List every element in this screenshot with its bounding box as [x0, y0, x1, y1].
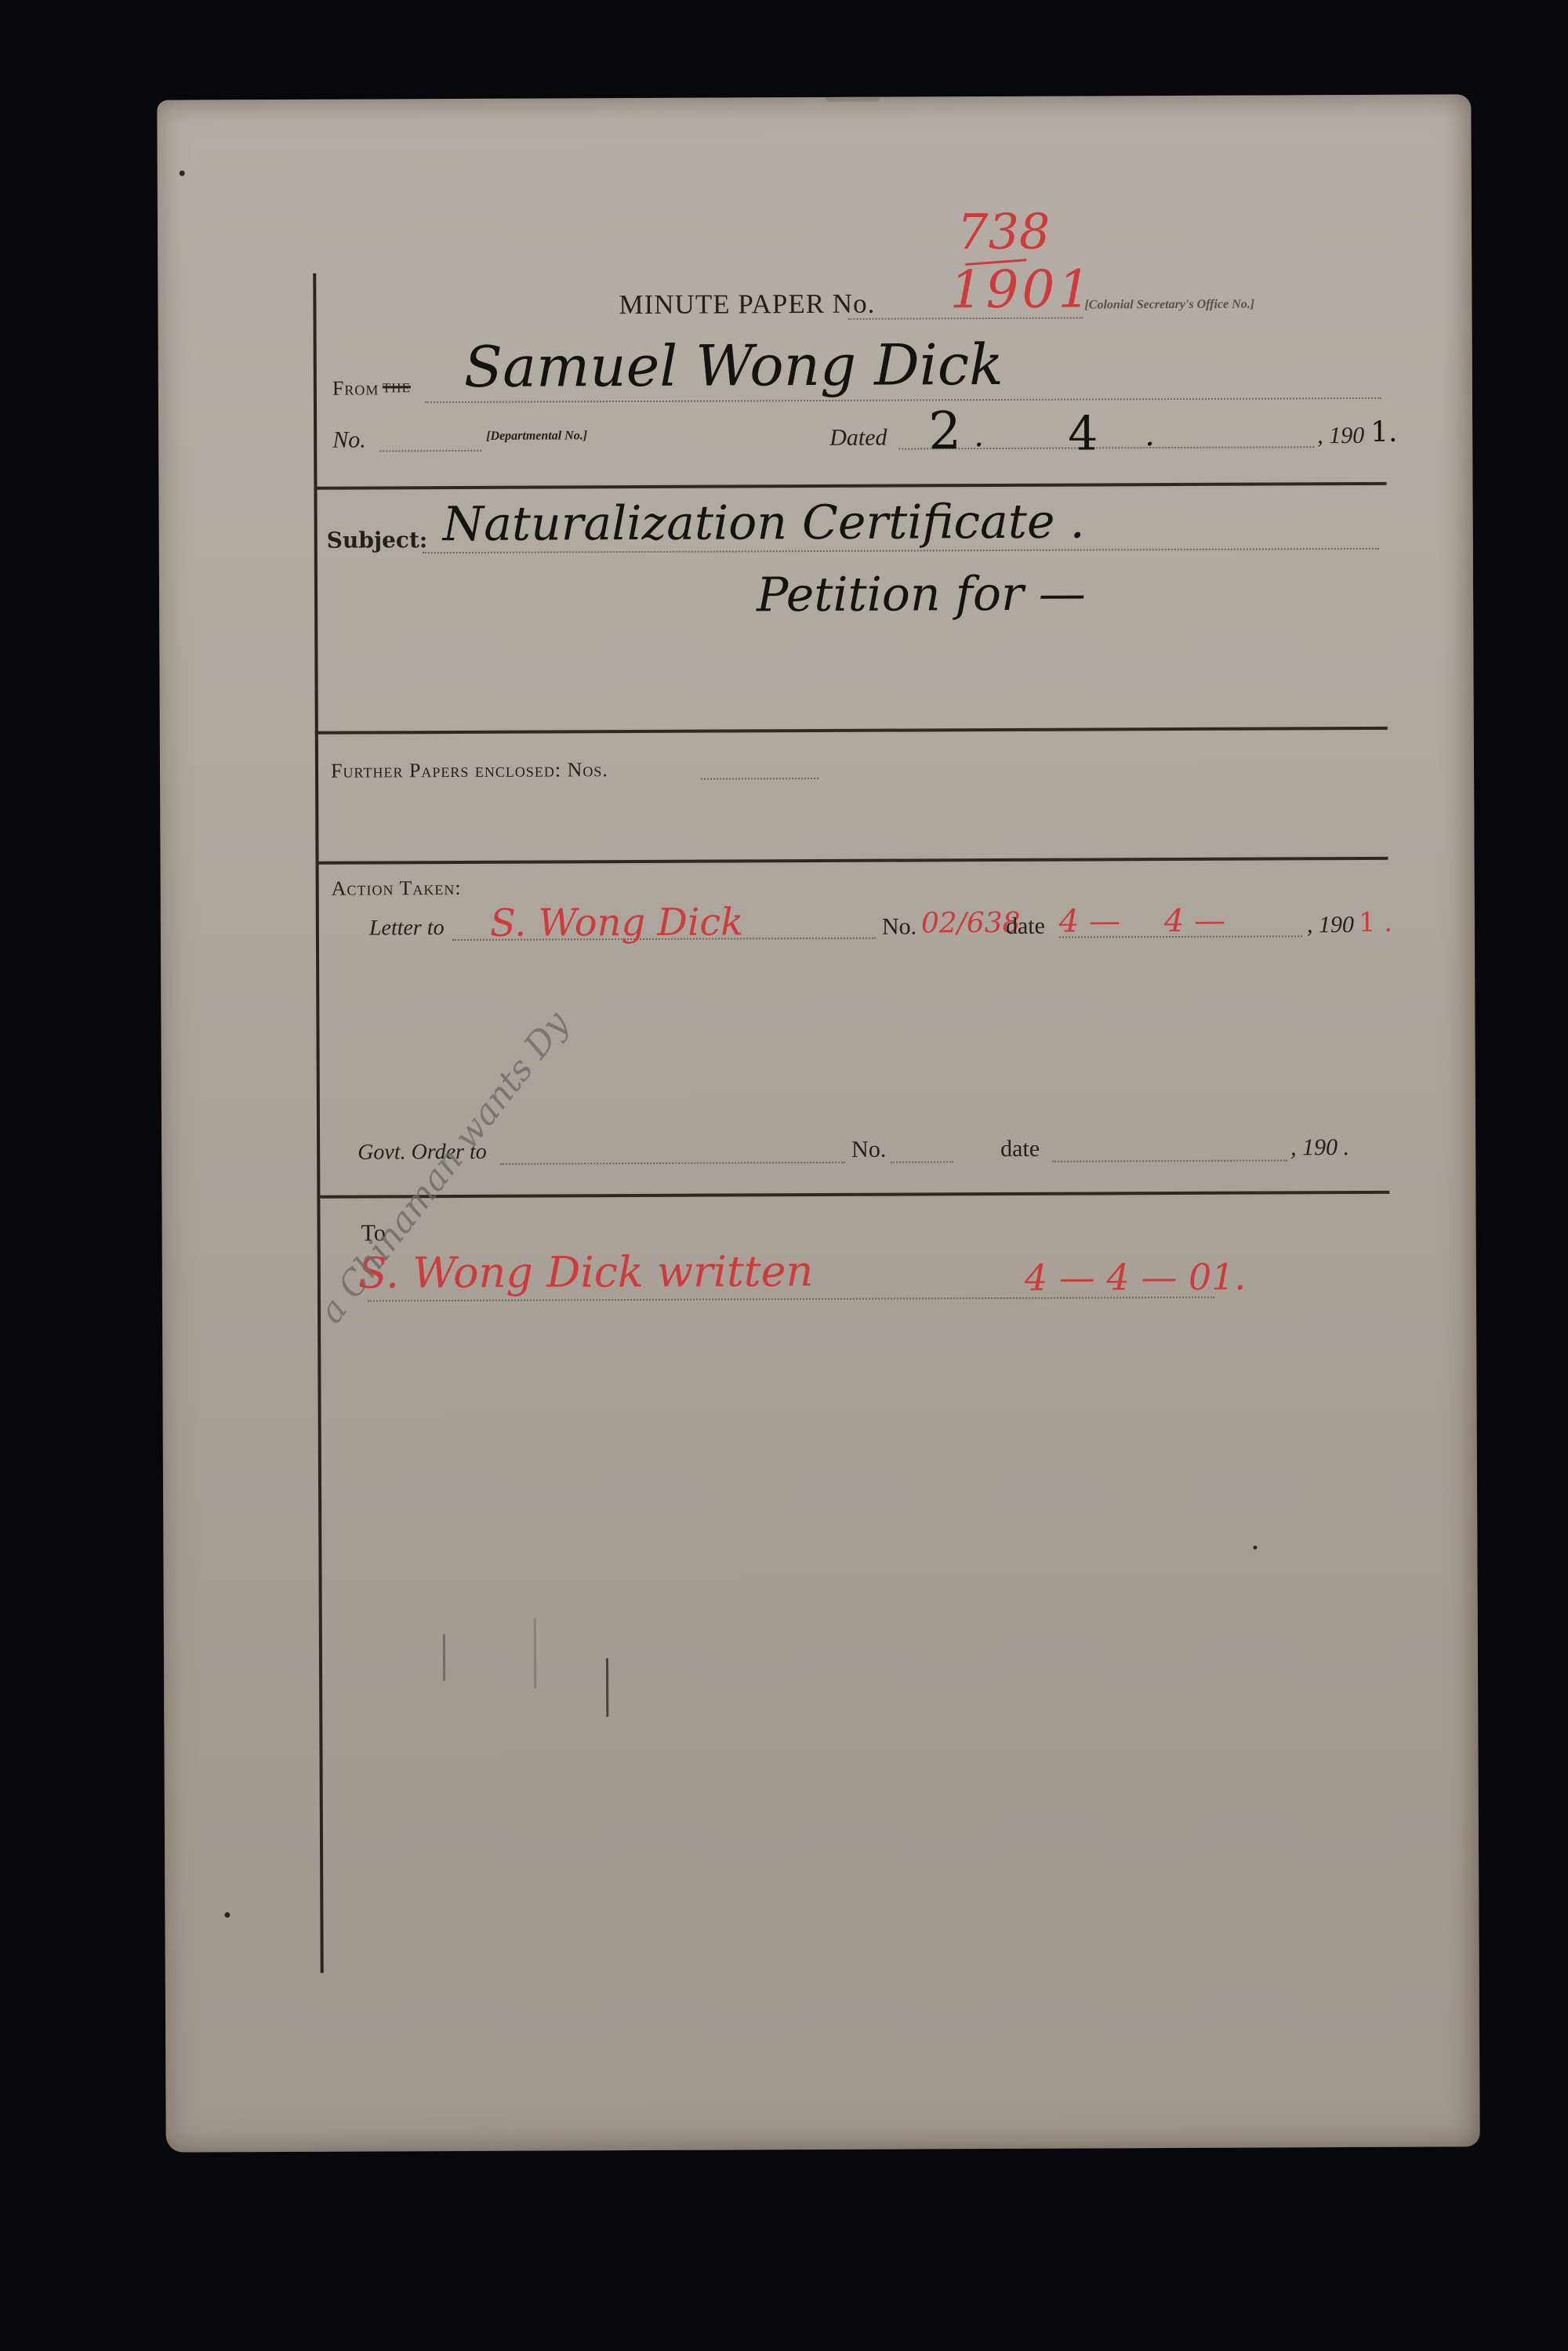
subject-label: Subject: [327, 527, 428, 553]
departmental-no-label: No. [332, 427, 366, 454]
letter-to-label: Letter to [369, 916, 445, 941]
minute-number-year: 1901 [949, 259, 1094, 320]
from-value: Samuel Wong Dick [464, 332, 1004, 400]
letter-date-month: 4 — [1164, 903, 1225, 939]
dated-day-dot: . [974, 418, 984, 454]
pencil-mark [534, 1618, 536, 1689]
paper-speck [1253, 1546, 1257, 1550]
subject-line1: Naturalization Certificate . [443, 495, 1085, 553]
dated-month-dot: . [1145, 417, 1155, 453]
letter-year-prefix: , 190 [1307, 912, 1354, 938]
rule-after-subject [315, 727, 1388, 735]
dated-year-suffix: 1. [1370, 416, 1398, 448]
subject-line2: Petition for — [757, 567, 1086, 623]
letter-to-value: S. Wong Dick [490, 900, 744, 945]
dated-year-prefix: , 190 [1317, 423, 1364, 449]
departmental-no-note: [Departmental No.] [486, 429, 587, 444]
departmental-no-line [379, 450, 481, 452]
letter-date-day: 4 — [1059, 903, 1120, 939]
further-papers-label: Further Papers enclosed: Nos. [331, 758, 608, 783]
dated-month: 4 [1068, 406, 1098, 461]
pencil-mark [443, 1634, 445, 1681]
rule-after-further-papers [316, 857, 1388, 865]
rule-before-to [317, 1191, 1389, 1199]
govt-order-date-label: date [1000, 1136, 1040, 1163]
action-taken-label: Action Taken: [332, 876, 462, 901]
govt-order-line [500, 1162, 845, 1165]
letter-year-suffix: 1 . [1359, 907, 1392, 938]
rule-after-header [314, 482, 1386, 490]
minute-number-numerator: 738 [957, 203, 1051, 261]
top-edge-notch [825, 97, 880, 102]
letter-date-label: date [1006, 913, 1045, 940]
minute-paper-title: MINUTE PAPER No. [619, 288, 875, 321]
to-entry: S. Wong Dick written [358, 1246, 814, 1298]
from-label: From [332, 376, 379, 400]
dated-day: 2 [928, 401, 961, 461]
letter-no-label: No. [882, 913, 916, 940]
govt-order-no-label: No. [851, 1137, 886, 1163]
further-papers-line [701, 778, 818, 780]
from-struck-word: the [383, 376, 411, 397]
paper-speck [224, 1912, 230, 1917]
pencil-mark [606, 1658, 608, 1717]
left-margin-rule [313, 274, 323, 1973]
to-entry-date: 4 — 4 — 01. [1025, 1256, 1246, 1299]
govt-order-no-line [891, 1161, 953, 1163]
minute-paper-sheet: MINUTE PAPER No. 738 1901 [Colonial Secr… [157, 94, 1479, 2152]
govt-order-date-line [1052, 1159, 1287, 1162]
office-number-note: [Colonial Secretary's Office No.] [1084, 298, 1254, 313]
govt-order-year: , 190 . [1290, 1134, 1349, 1161]
paper-speck [180, 171, 185, 176]
dated-label: Dated [829, 425, 887, 452]
